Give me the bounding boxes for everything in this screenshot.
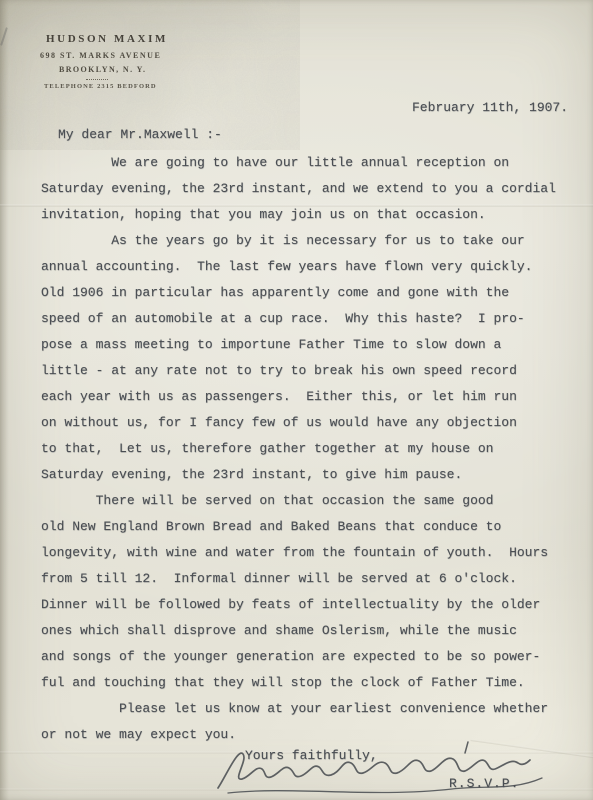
letterhead-name: HUDSON MAXIM xyxy=(46,33,168,45)
letter-line: ones which shall disprove and shame Osle… xyxy=(41,618,556,644)
letter-line: As the years go by it is necessary for u… xyxy=(41,228,556,254)
letter-line: ful and touching that they will stop the… xyxy=(41,670,556,696)
date-line: February 11th, 1907. xyxy=(412,100,568,115)
letter-body: We are going to have our little annual r… xyxy=(41,150,556,748)
letterhead-address-line2: BROOKLYN, N. Y. xyxy=(59,65,168,74)
letterhead-rule xyxy=(86,79,108,80)
letter-line: from 5 till 12. Informal dinner will be … xyxy=(41,566,556,592)
valediction: Yours faithfully, xyxy=(245,748,378,763)
salutation: My dear Mr.Maxwell :- xyxy=(58,127,222,142)
letter-line: Saturday evening, the 23rd instant, and … xyxy=(41,176,556,202)
letter-line: to that, Let us, therefore gather togeth… xyxy=(41,436,556,462)
paper-left-edge-shadow xyxy=(0,0,9,800)
letter-line: Old 1906 in particular has apparently co… xyxy=(41,280,556,306)
letter-line: We are going to have our little annual r… xyxy=(41,150,556,176)
letter-line: and songs of the younger generation are … xyxy=(41,644,556,670)
letter-line: speed of an automobile at a cup race. Wh… xyxy=(41,306,556,332)
letter-paper: HUDSON MAXIM 698 ST. MARKS AVENUE BROOKL… xyxy=(0,0,593,800)
letter-line: each year with us as passengers. Either … xyxy=(41,384,556,410)
letter-line: Saturday evening, the 23rd instant, to g… xyxy=(41,462,556,488)
letter-line: Dinner will be followed by feats of inte… xyxy=(41,592,556,618)
letter-line: or not we may expect you. xyxy=(41,722,556,748)
letter-line: Please let us know at your earliest conv… xyxy=(41,696,556,722)
letter-line: on without us, for I fancy few of us wou… xyxy=(41,410,556,436)
letter-line: annual accounting. The last few years ha… xyxy=(41,254,556,280)
letterhead: HUDSON MAXIM 698 ST. MARKS AVENUE BROOKL… xyxy=(46,33,168,90)
letterhead-telephone: TELEPHONE 2315 BEDFORD xyxy=(44,83,168,90)
letter-line: pose a mass meeting to importune Father … xyxy=(41,332,556,358)
letterhead-address-line1: 698 ST. MARKS AVENUE xyxy=(40,51,168,60)
letter-line: old New England Brown Bread and Baked Be… xyxy=(41,514,556,540)
rsvp: R.S.V.P. xyxy=(449,776,519,791)
letter-line: little - at any rate not to try to break… xyxy=(41,358,556,384)
letter-line: longevity, with wine and water from the … xyxy=(41,540,556,566)
letter-line: invitation, hoping that you may join us … xyxy=(41,202,556,228)
letter-line: There will be served on that occasion th… xyxy=(41,488,556,514)
